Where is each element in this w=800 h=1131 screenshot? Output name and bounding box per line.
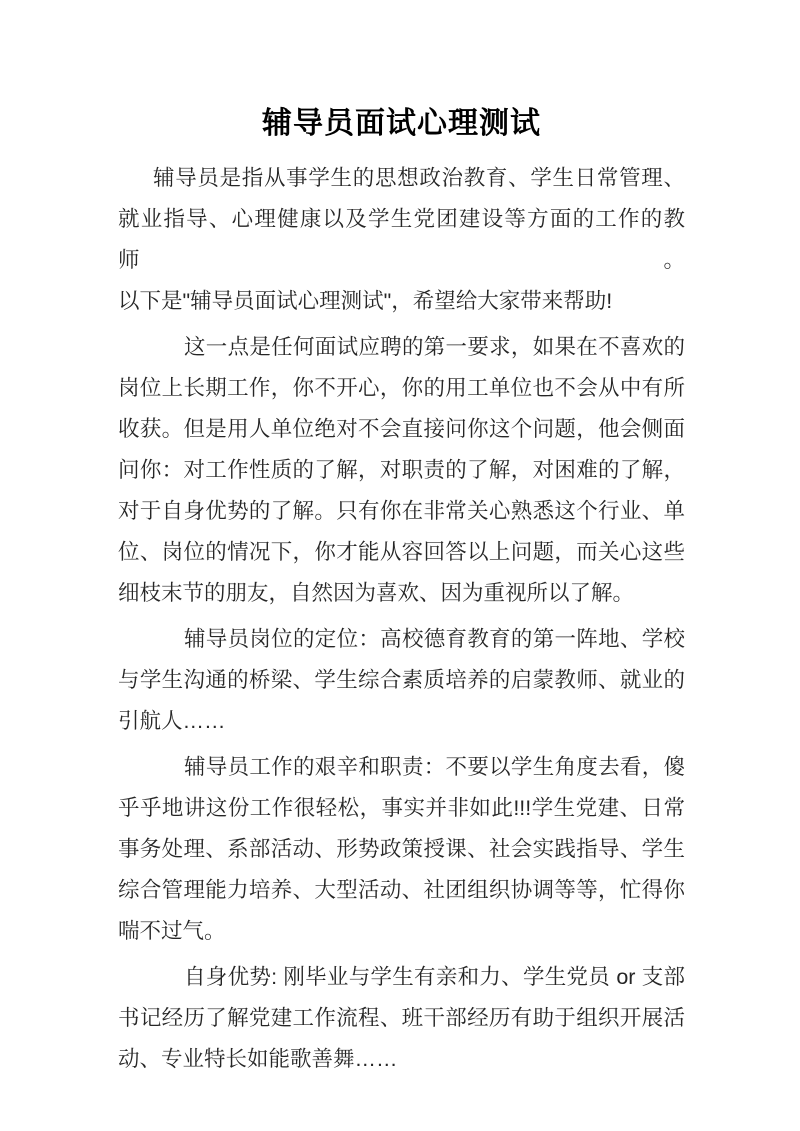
text-line: 与学生沟通的桥梁、学生综合素质培养的启蒙教师、就业的 [118, 660, 685, 701]
paragraph: 辅导员工作的艰辛和职责：不要以学生角度去看，傻乎乎地讲这份工作很轻松，事实并非如… [118, 747, 685, 952]
text-line: 岗位上长期工作，你不开心，你的用工单位也不会从中有所 [118, 368, 685, 409]
text-line: 自身优势: 刚毕业与学生有亲和力、学生党员 or 支部 [118, 957, 685, 998]
text-line: 这一点是任何面试应聘的第一要求，如果在不喜欢的 [118, 327, 685, 368]
text-line: 引航人…… [118, 701, 685, 742]
paragraph: 自身优势: 刚毕业与学生有亲和力、学生党员 or 支部书记经历了解党建工作流程、… [118, 957, 685, 1080]
paragraph: 辅导员岗位的定位：高校德育教育的第一阵地、学校与学生沟通的桥梁、学生综合素质培养… [118, 619, 685, 742]
text-line: 动、专业特长如能歌善舞…… [118, 1039, 685, 1080]
text-line: 辅导员岗位的定位：高校德育教育的第一阵地、学校 [118, 619, 685, 660]
text-line: 位、岗位的情况下，你才能从容回答以上问题，而关心这些 [118, 532, 685, 573]
document-page: 辅导员面试心理测试 辅导员是指从事学生的思想政治教育、学生日常管理、就业指导、心… [0, 0, 800, 1131]
text-line: 事务处理、系部活动、形势政策授课、社会实践指导、学生 [118, 829, 685, 870]
text-line: 就业指导、心理健康以及学生党团建设等方面的工作的教师。 [118, 199, 685, 281]
text-line: 书记经历了解党建工作流程、班干部经历有助于组织开展活 [118, 998, 685, 1039]
document-body: 辅导员是指从事学生的思想政治教育、学生日常管理、就业指导、心理健康以及学生党团建… [118, 158, 685, 1080]
text-line: 对于自身优势的了解。只有你在非常关心熟悉这个行业、单 [118, 491, 685, 532]
text-line: 乎乎地讲这份工作很轻松，事实并非如此!!!学生党建、日常 [118, 788, 685, 829]
document-content: 辅导员面试心理测试 辅导员是指从事学生的思想政治教育、学生日常管理、就业指导、心… [118, 0, 685, 1080]
text-line: 辅导员工作的艰辛和职责：不要以学生角度去看，傻 [118, 747, 685, 788]
paragraph: 辅导员是指从事学生的思想政治教育、学生日常管理、就业指导、心理健康以及学生党团建… [118, 158, 685, 322]
document-title: 辅导员面试心理测试 [118, 102, 685, 146]
text-line: 辅导员是指从事学生的思想政治教育、学生日常管理、 [118, 158, 685, 199]
text-line: 综合管理能力培养、大型活动、社团组织协调等等，忙得你 [118, 870, 685, 911]
text-line: 喘不过气。 [118, 911, 685, 952]
text-line: 问你：对工作性质的了解，对职责的了解，对困难的了解， [118, 450, 685, 491]
paragraph: 这一点是任何面试应聘的第一要求，如果在不喜欢的岗位上长期工作，你不开心，你的用工… [118, 327, 685, 614]
text-line: 以下是"辅导员面试心理测试"，希望给大家带来帮助! [118, 281, 685, 322]
text-line: 收获。但是用人单位绝对不会直接问你这个问题，他会侧面 [118, 409, 685, 450]
text-line: 细枝末节的朋友，自然因为喜欢、因为重视所以了解。 [118, 573, 685, 614]
